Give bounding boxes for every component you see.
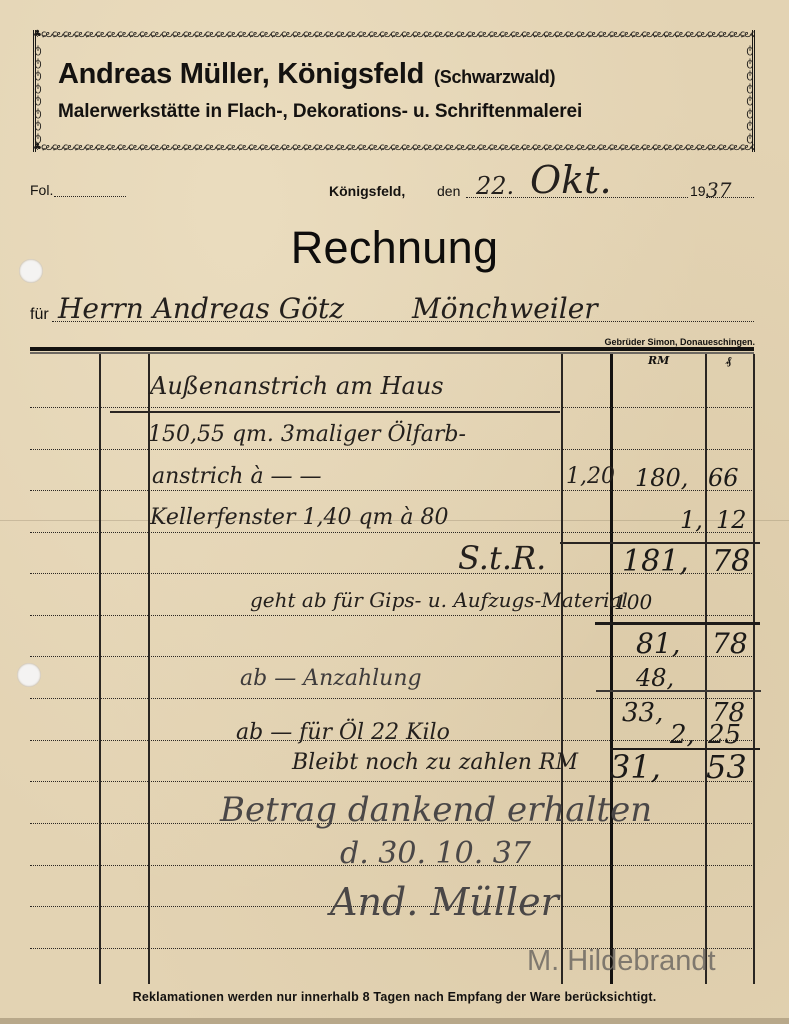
amount-pf: 78 — [712, 627, 748, 660]
folio-dotted-line — [54, 196, 126, 197]
table-row: anstrich à — — — [152, 466, 322, 488]
table-top-rule-thin — [30, 352, 754, 354]
column-header-pf: ₰ — [726, 354, 732, 367]
amount-rm: 181, — [622, 544, 689, 579]
handwritten-month: Okt. — [530, 158, 612, 202]
amount-pf: 78 — [712, 544, 750, 579]
amount-rm: 81, — [636, 627, 681, 660]
row-line — [30, 532, 754, 533]
row-line — [30, 615, 754, 616]
heading-underline — [110, 411, 560, 413]
deduction-rule — [595, 622, 760, 625]
paper-bottom-edge — [0, 1018, 789, 1024]
ornament-border-right: ტ ტ ტ ტ ტ ტ ტ ტ — [745, 44, 755, 144]
amount-rm: 48, — [636, 664, 674, 692]
year-dotted-line — [706, 197, 754, 198]
signature: And. Müller — [330, 880, 559, 924]
amount-pf: 25 — [708, 720, 741, 750]
table-row: ab — für Öl 22 Kilo — [236, 722, 450, 744]
ornament-border-top: ♣ɕ౿ɕ౿ɕ౿ɕ౿ɕ౿ɕ౿ɕ౿ɕ౿ɕ౿ɕ౿ɕ౿ɕ౿ɕ౿ɕ౿ɕ౿ɕ౿ɕ౿ɕ౿ɕ౿ɕ… — [33, 29, 755, 41]
punch-hole-bottom — [17, 663, 41, 687]
total-amount-rm: 31, — [610, 748, 661, 786]
table-row: ab — Anzahlung — [240, 668, 422, 690]
table-row: geht ab für Gips- u. Aufzugs-Material — [250, 590, 628, 610]
company-subtitle: Malerwerkstätte in Flach-, Dekorations- … — [58, 101, 582, 123]
total-amount-pf: 53 — [706, 748, 747, 786]
amount-rm: 180, — [635, 464, 688, 492]
unit-price: 1,20 — [566, 466, 615, 488]
printer-credit: Gebrüder Simon, Donaueschingen. — [604, 337, 755, 347]
row-line — [30, 407, 754, 408]
ornament-border-left: ტ ტ ტ ტ ტ ტ ტ ტ — [33, 44, 43, 144]
row-line — [30, 449, 754, 450]
ornament-border-bottom: ♣ɕ౿ɕ౿ɕ౿ɕ౿ɕ౿ɕ౿ɕ౿ɕ౿ɕ౿ɕ౿ɕ౿ɕ౿ɕ౿ɕ౿ɕ౿ɕ౿ɕ౿ɕ౿ɕ౿ɕ… — [33, 142, 755, 154]
amount-rm: 2, — [670, 720, 695, 750]
subtotal-label: S.t.R. — [458, 542, 546, 574]
footer-note: Reklamationen werden nur innerhalb 8 Tag… — [0, 990, 789, 1004]
deduction-rule — [596, 690, 761, 692]
watermark: M. Hildebrandt — [527, 945, 716, 978]
page-title-text: Rechnung — [291, 222, 499, 273]
table-top-rule — [30, 347, 754, 351]
company-name: Andreas Müller, Königsfeld(Schwarzwald) — [58, 58, 555, 91]
amount-rm: 100 — [614, 590, 652, 614]
amount-pf: 12 — [716, 506, 747, 534]
recipient-label: für — [30, 306, 49, 324]
handwritten-year: 37 — [706, 178, 731, 202]
table-row: Kellerfenster 1,40 qm à 80 — [150, 507, 448, 529]
column-header-rm: RM — [648, 354, 669, 367]
amount-pf: 66 — [708, 464, 739, 492]
table-row: Außenanstrich am Haus — [150, 374, 444, 398]
company-region: (Schwarzwald) — [434, 67, 555, 87]
total-label: Bleibt noch zu zahlen RM — [292, 752, 578, 774]
receipt-note-text: Betrag dankend erhalten — [220, 790, 652, 830]
amount-rm: 1, — [680, 506, 703, 534]
recipient-place-handwritten: Mönchweiler — [412, 292, 598, 325]
den-label: den — [437, 183, 460, 199]
place-label: Königsfeld, — [329, 183, 405, 199]
year-prefix: 19 — [690, 183, 706, 199]
amount-rm: 33, — [622, 698, 663, 728]
recipient-name-handwritten: Herrn Andreas Götz — [58, 292, 344, 325]
table-row: 150,55 qm. 3maliger Ölfarb- — [148, 424, 466, 446]
letterhead-frame — [33, 30, 755, 152]
handwritten-day: 22. — [476, 172, 514, 200]
folio-label: Fol. — [30, 182, 53, 198]
company-name-text: Andreas Müller, Königsfeld — [58, 58, 424, 90]
receipt-note-date: d. 30. 10. 37 — [340, 836, 531, 871]
page-title: Rechnung — [0, 222, 789, 274]
